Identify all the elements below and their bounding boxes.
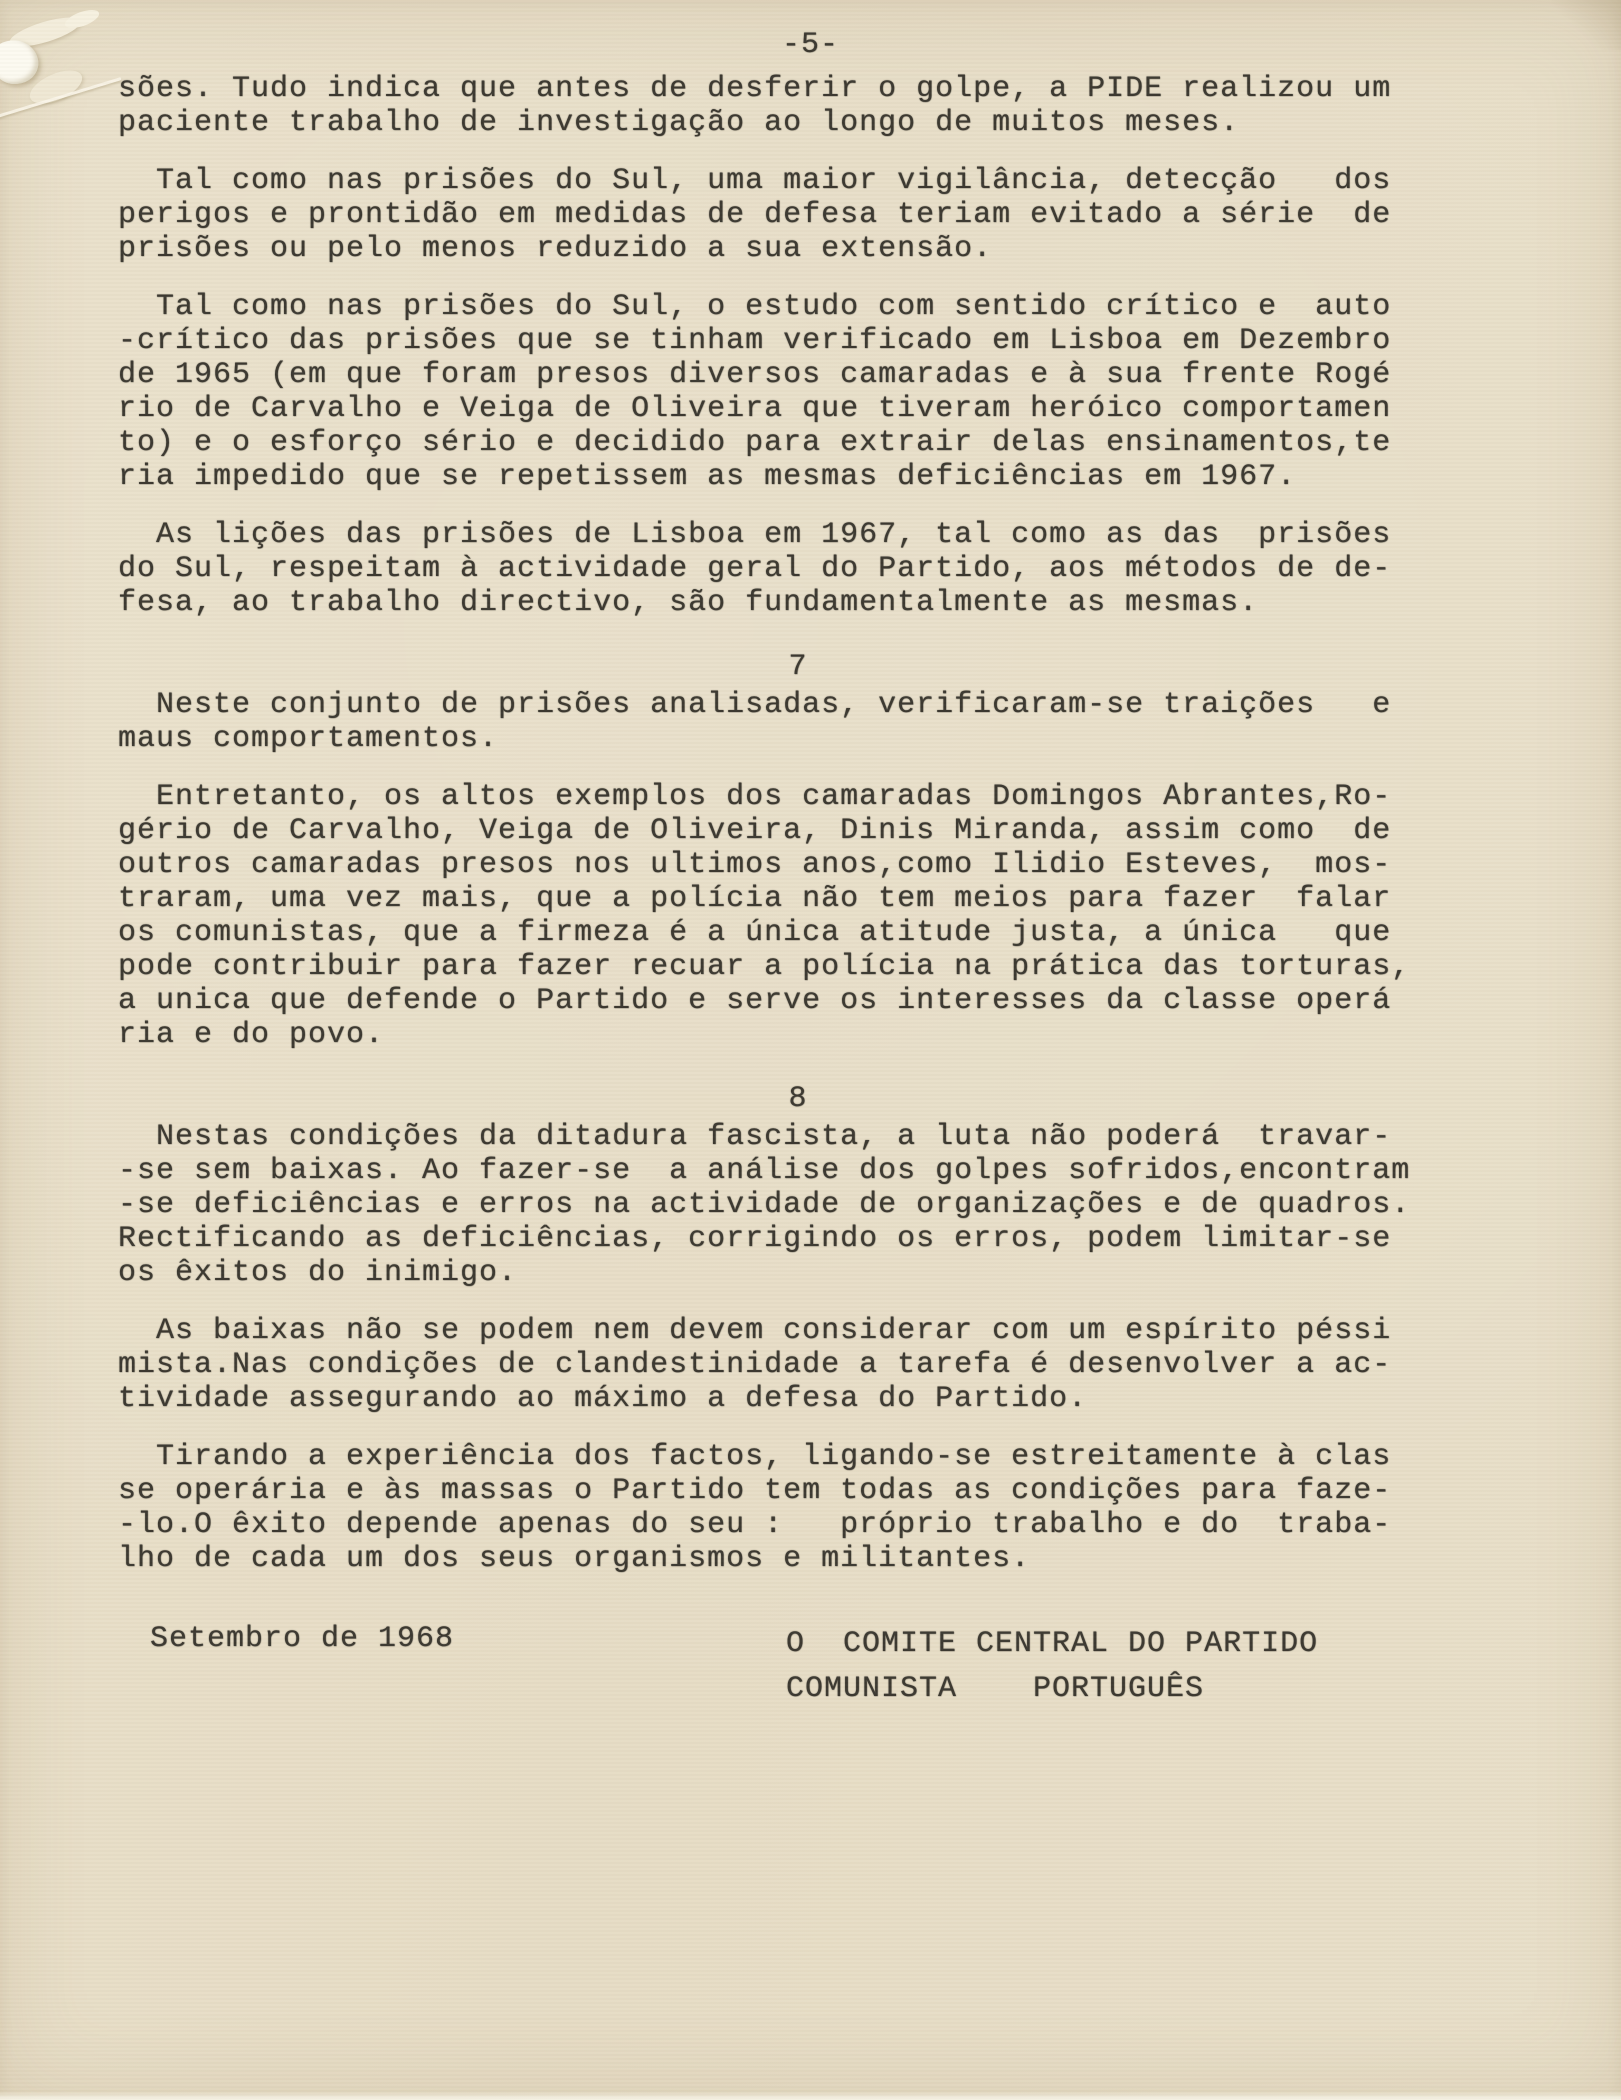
text-line: As lições das prisões de Lisboa em 1967,… xyxy=(118,518,1478,552)
text-line: de 1965 (em que foram presos diversos ca… xyxy=(118,358,1478,392)
text-line: Tirando a experiência dos factos, ligand… xyxy=(118,1440,1478,1474)
text-line: prisões ou pelo menos reduzido a sua ext… xyxy=(118,232,1478,266)
text-line: -se deficiências e erros na actividade d… xyxy=(118,1188,1478,1222)
text-line: Entretanto, os altos exemplos dos camara… xyxy=(118,780,1478,814)
text-line: do Sul, respeitam à actividade geral do … xyxy=(118,552,1478,586)
text-line: pode contribuir para fazer recuar a polí… xyxy=(118,950,1478,984)
text-line: Nestas condições da ditadura fascista, a… xyxy=(118,1120,1478,1154)
paragraph: Tirando a experiência dos factos, ligand… xyxy=(118,1440,1478,1576)
signature-line: O COMITE CENTRAL DO PARTIDO xyxy=(786,1622,1318,1667)
page-number: -5- xyxy=(0,28,1621,62)
text-line: -crítico das prisões que se tinham verif… xyxy=(118,324,1478,358)
text-line: As baixas não se podem nem devem conside… xyxy=(118,1314,1478,1348)
section-number: 8 xyxy=(118,1082,1478,1116)
text-line: traram, uma vez mais, que a polícia não … xyxy=(118,882,1478,916)
text-line: gério de Carvalho, Veiga de Oliveira, Di… xyxy=(118,814,1478,848)
text-line: ria e do povo. xyxy=(118,1018,1478,1052)
paragraph: Neste conjunto de prisões analisadas, ve… xyxy=(118,688,1478,756)
text-line: lho de cada um dos seus organismos e mil… xyxy=(118,1542,1478,1576)
document-content: sões. Tudo indica que antes de desferir … xyxy=(118,72,1478,1732)
text-line: paciente trabalho de investigação ao lon… xyxy=(118,106,1478,140)
text-line: Tal como nas prisões do Sul, uma maior v… xyxy=(118,164,1478,198)
paper-bottom-edge xyxy=(0,2091,1621,2100)
text-line: mista.Nas condições de clandestinidade a… xyxy=(118,1348,1478,1382)
paragraph: Tal como nas prisões do Sul, uma maior v… xyxy=(118,164,1478,266)
text-line: os êxitos do inimigo. xyxy=(118,1256,1478,1290)
text-line: -lo.O êxito depende apenas do seu : próp… xyxy=(118,1508,1478,1542)
paragraph: Entretanto, os altos exemplos dos camara… xyxy=(118,780,1478,1052)
text-line: Neste conjunto de prisões analisadas, ve… xyxy=(118,688,1478,722)
date-line: Setembro de 1968 xyxy=(150,1622,454,1656)
paragraph: As baixas não se podem nem devem conside… xyxy=(118,1314,1478,1416)
paper-crease xyxy=(0,77,122,118)
text-line: rio de Carvalho e Veiga de Oliveira que … xyxy=(118,392,1478,426)
signature-block: Setembro de 1968O COMITE CENTRAL DO PART… xyxy=(118,1622,1478,1732)
paragraph: Nestas condições da ditadura fascista, a… xyxy=(118,1120,1478,1290)
text-line: maus comportamentos. xyxy=(118,722,1478,756)
text-line: sões. Tudo indica que antes de desferir … xyxy=(118,72,1478,106)
scanned-document-page: -5- sões. Tudo indica que antes de desfe… xyxy=(0,0,1621,2100)
text-line: Tal como nas prisões do Sul, o estudo co… xyxy=(118,290,1478,324)
signature-line: COMUNISTA PORTUGUÊS xyxy=(786,1667,1318,1712)
paragraph: Tal como nas prisões do Sul, o estudo co… xyxy=(118,290,1478,494)
text-line: a unica que defende o Partido e serve os… xyxy=(118,984,1478,1018)
paragraph: sões. Tudo indica que antes de desferir … xyxy=(118,72,1478,140)
torn-corner-fragment xyxy=(25,64,87,111)
text-line: outros camaradas presos nos ultimos anos… xyxy=(118,848,1478,882)
section-heading: 7 xyxy=(118,650,1478,684)
text-line: fesa, ao trabalho directivo, são fundame… xyxy=(118,586,1478,620)
paragraph: As lições das prisões de Lisboa em 1967,… xyxy=(118,518,1478,620)
text-line: -se sem baixas. Ao fazer-se a análise do… xyxy=(118,1154,1478,1188)
text-line: perigos e prontidão em medidas de defesa… xyxy=(118,198,1478,232)
text-line: to) e o esforço sério e decidido para ex… xyxy=(118,426,1478,460)
text-line: Rectificando as deficiências, corrigindo… xyxy=(118,1222,1478,1256)
section-number: 7 xyxy=(118,650,1478,684)
section-heading: 8 xyxy=(118,1082,1478,1116)
text-line: ria impedido que se repetissem as mesmas… xyxy=(118,460,1478,494)
text-line: os comunistas, que a firmeza é a única a… xyxy=(118,916,1478,950)
text-line: tividade assegurando ao máximo a defesa … xyxy=(118,1382,1478,1416)
signature-lines: O COMITE CENTRAL DO PARTIDOCOMUNISTA POR… xyxy=(786,1622,1318,1712)
text-line: se operária e às massas o Partido tem to… xyxy=(118,1474,1478,1508)
